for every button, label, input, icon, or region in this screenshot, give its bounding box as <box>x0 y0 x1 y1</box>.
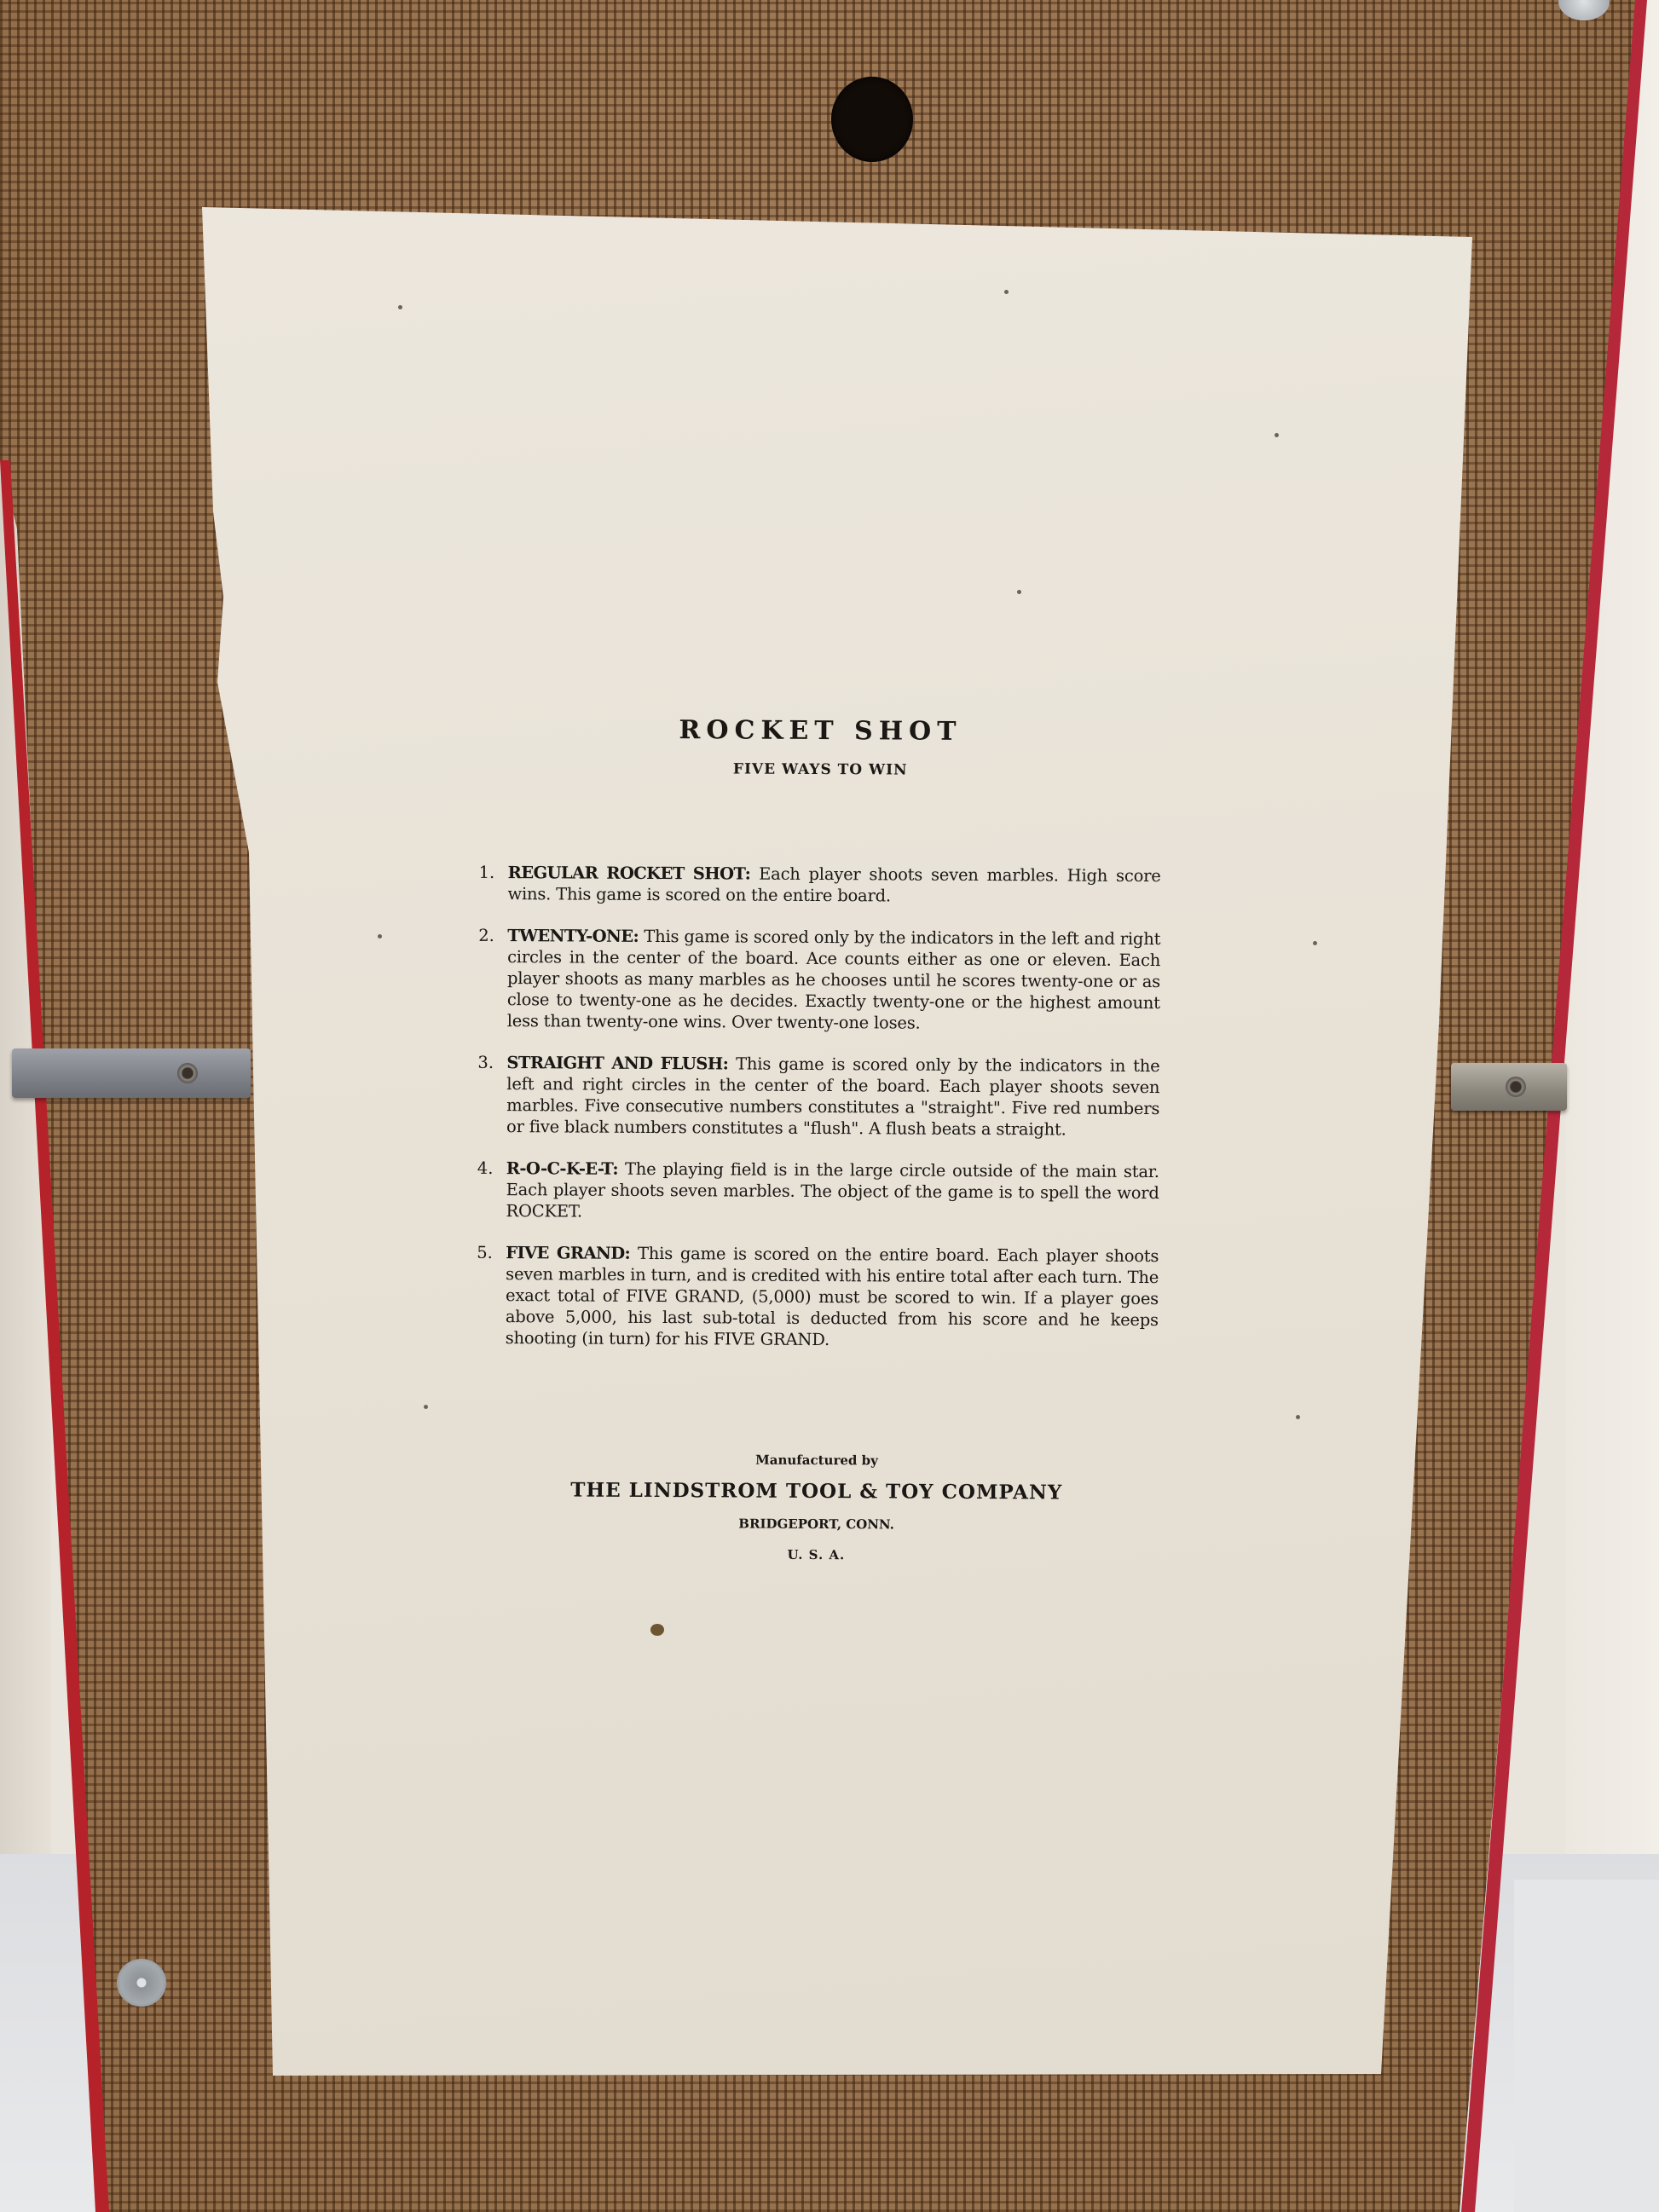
company-city: BRIDGEPORT, CONN. <box>476 1515 1158 1533</box>
paper-speck <box>398 305 402 309</box>
hanging-hole-icon <box>831 77 913 162</box>
rule-heading: FIVE GRAND: <box>506 1243 630 1263</box>
paper-speck <box>1004 290 1009 294</box>
paper-speck <box>1275 433 1279 437</box>
game-subtitle: FIVE WAYS TO WIN <box>479 759 1161 780</box>
metal-clip-left <box>12 1048 251 1098</box>
rule-item: 1. REGULAR ROCKET SHOT: Each player shoo… <box>478 862 1160 908</box>
manufactured-by-label: Manufactured by <box>476 1451 1158 1470</box>
rule-heading: REGULAR ROCKET SHOT: <box>508 863 751 883</box>
company-name: THE LINDSTROM TOOL & TOY COMPANY <box>476 1478 1158 1505</box>
paper-stain <box>650 1624 664 1636</box>
paper-speck <box>1296 1415 1300 1419</box>
rule-number: 3. <box>477 1052 507 1137</box>
rule-number: 1. <box>478 862 507 904</box>
game-title: ROCKET SHOT <box>479 714 1161 748</box>
paper-speck <box>378 934 382 939</box>
rule-item: 4. R-O-C-K-E-T: The playing field is in … <box>477 1158 1159 1225</box>
rivet-icon <box>177 1063 198 1083</box>
paper-speck <box>424 1405 428 1409</box>
rule-item: 3. STRAIGHT AND FLUSH: This game is scor… <box>477 1052 1160 1141</box>
rule-heading: STRAIGHT AND FLUSH: <box>506 1053 728 1073</box>
rule-number: 2. <box>478 925 508 1031</box>
metal-clip-right <box>1451 1063 1567 1111</box>
rule-heading: TWENTY-ONE: <box>507 926 639 946</box>
rule-number: 5. <box>477 1242 506 1349</box>
table-surface-right <box>1514 1880 1659 2212</box>
rule-number: 4. <box>477 1158 506 1222</box>
rules-content: ROCKET SHOT FIVE WAYS TO WIN 1. REGULAR … <box>475 714 1161 1564</box>
rule-item: 5. FIVE GRAND: This game is scored on th… <box>477 1242 1159 1352</box>
paper-speck <box>1017 590 1021 594</box>
rule-heading: R-O-C-K-E-T: <box>506 1158 618 1179</box>
rules-list: 1. REGULAR ROCKET SHOT: Each player shoo… <box>477 862 1161 1352</box>
rule-item: 2. TWENTY-ONE: This game is scored only … <box>478 925 1161 1035</box>
rivet-icon <box>1506 1077 1526 1097</box>
paper-speck <box>1313 941 1317 945</box>
manufacturer-block: Manufactured by THE LINDSTROM TOOL & TOY… <box>475 1451 1158 1564</box>
washer-screw-icon <box>117 1959 166 2007</box>
